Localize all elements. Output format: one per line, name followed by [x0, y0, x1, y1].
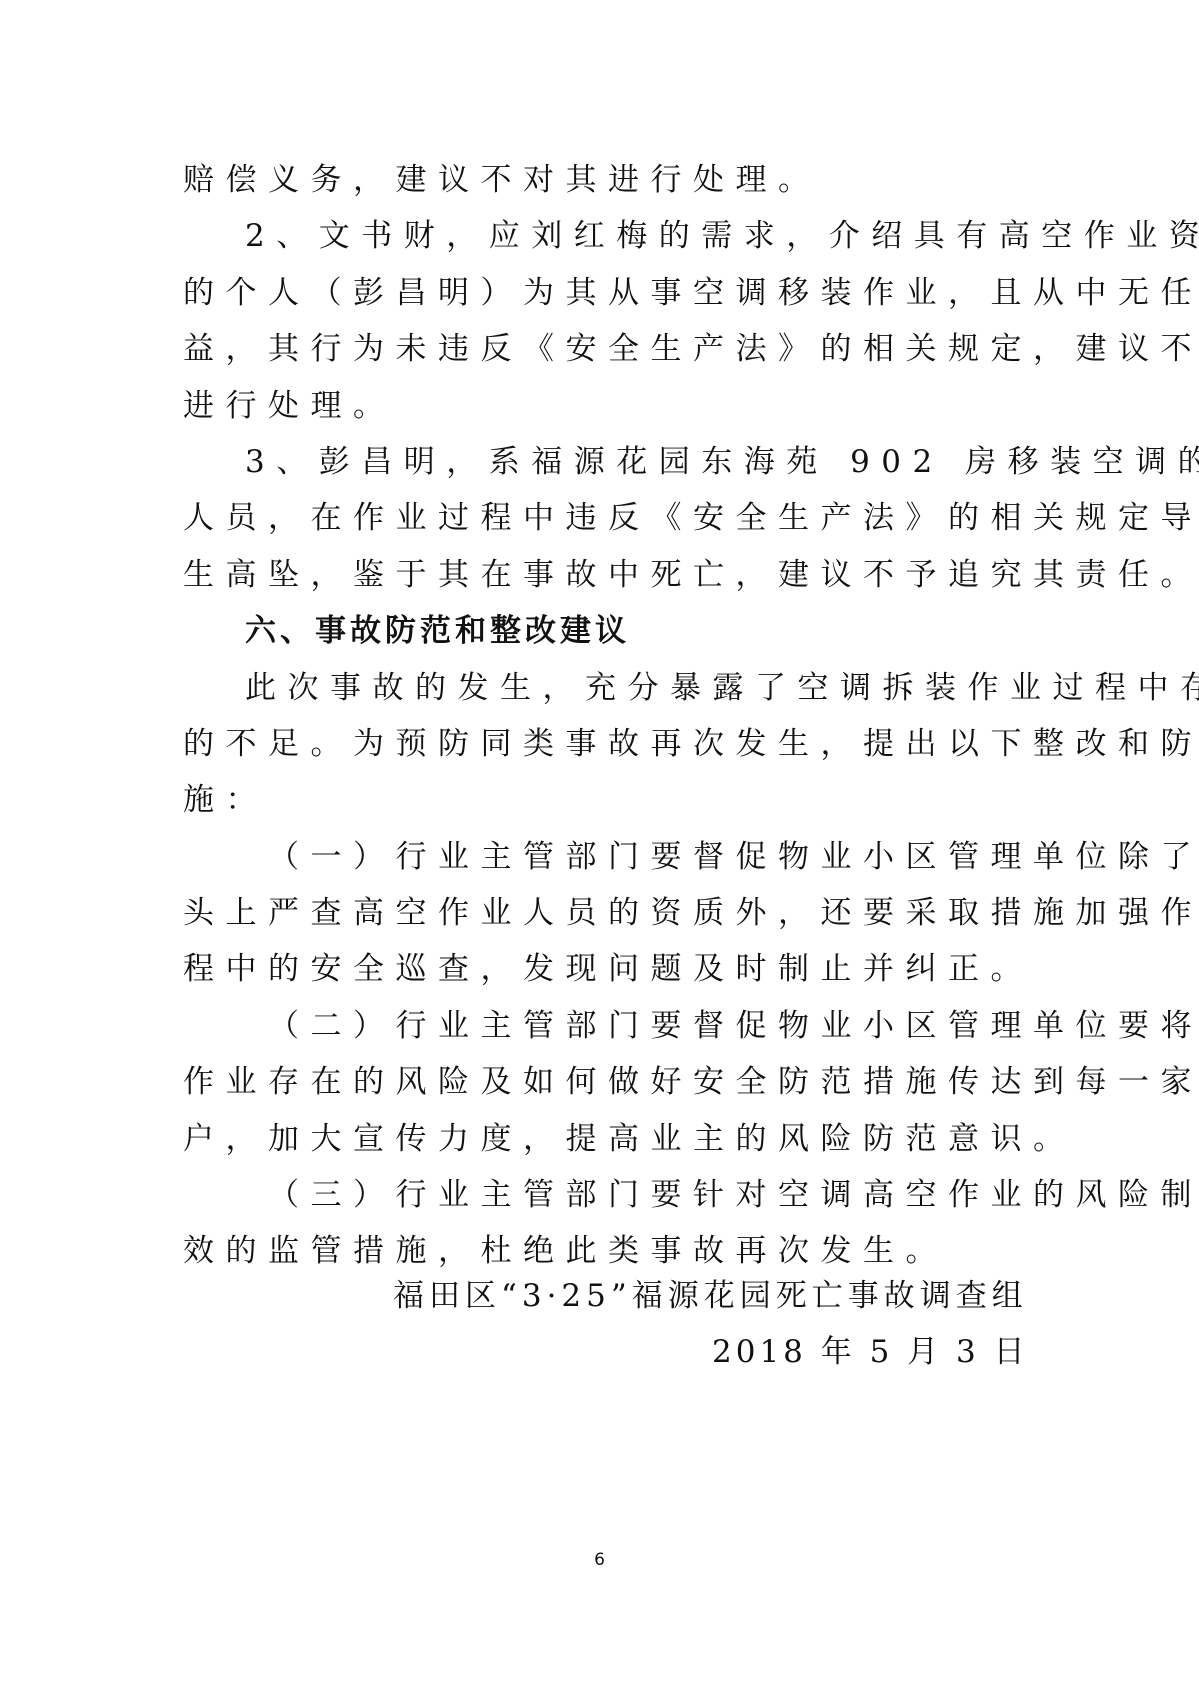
- signature: 福田区“3·25”福源花园死亡事故调查组: [393, 1268, 1028, 1324]
- paragraph-line: 作业存在的风险及如何做好安全防范措施传达到每一家用: [183, 1054, 1023, 1110]
- measure-item-3: （三）行业主管部门要针对空调高空作业的风险制定有: [183, 1167, 1023, 1223]
- paragraph-line: 头上严查高空作业人员的资质外，还要采取措施加强作业过: [183, 885, 1023, 941]
- paragraph-line: 赔偿义务，建议不对其进行处理。: [183, 152, 1023, 208]
- measure-item-1: （一）行业主管部门要督促物业小区管理单位除了从源: [183, 829, 1023, 885]
- paragraph-line: 户，加大宣传力度，提高业主的风险防范意识。: [183, 1111, 1023, 1167]
- paragraph-line: 程中的安全巡查，发现问题及时制止并纠正。: [183, 941, 1023, 997]
- paragraph-line: 施：: [183, 772, 1023, 828]
- measure-item-2: （二）行业主管部门要督促物业小区管理单位要将高空: [183, 998, 1023, 1054]
- paragraph-line: 益，其行为未违反《安全生产法》的相关规定，建议不对其: [183, 321, 1023, 377]
- section-heading: 六、事故防范和整改建议: [183, 603, 1023, 659]
- page-number: 6: [0, 1550, 1199, 1570]
- paragraph-line: 生高坠，鉴于其在事故中死亡，建议不予追究其责任。: [183, 547, 1023, 603]
- paragraph-line: 人员，在作业过程中违反《安全生产法》的相关规定导致发: [183, 490, 1023, 546]
- paragraph-line: 2、文书财，应刘红梅的需求，介绍具有高空作业资质: [183, 208, 1023, 264]
- paragraph-line: 的不足。为预防同类事故再次发生，提出以下整改和防范措: [183, 716, 1023, 772]
- paragraph-line: 的个人（彭昌明）为其从事空调移装作业，且从中无任何收: [183, 265, 1023, 321]
- body-text: 赔偿义务，建议不对其进行处理。 2、文书财，应刘红梅的需求，介绍具有高空作业资质…: [183, 152, 1023, 1280]
- document-page: 赔偿义务，建议不对其进行处理。 2、文书财，应刘红梅的需求，介绍具有高空作业资质…: [0, 0, 1199, 1696]
- paragraph-line: 进行处理。: [183, 378, 1023, 434]
- signature-date: 2018 年 5 月 3 日: [712, 1324, 1029, 1380]
- paragraph-line: 3、彭昌明，系福源花园东海苑 902 房移装空调的作业: [183, 434, 1023, 490]
- paragraph-line: 此次事故的发生，充分暴露了空调拆装作业过程中存在: [183, 660, 1023, 716]
